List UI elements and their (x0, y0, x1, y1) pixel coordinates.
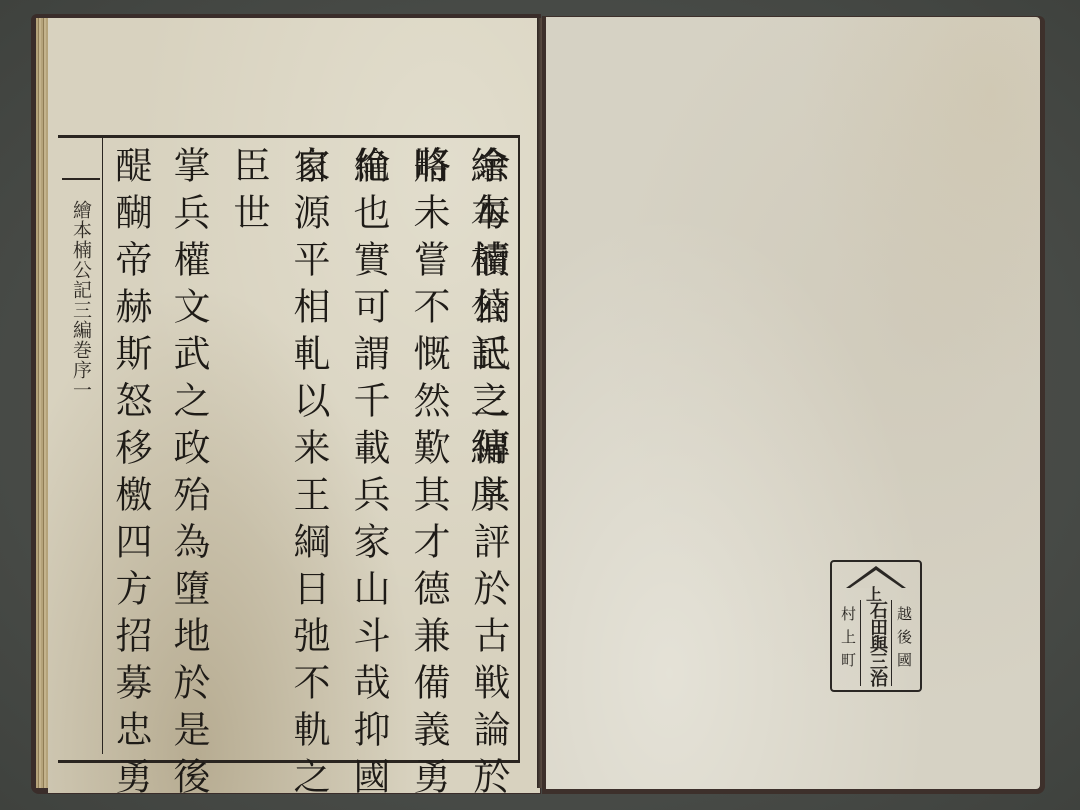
text-column-6: 掌兵權文武之政殆為墮地於是後 (158, 146, 218, 804)
text-column-5: 自源平相軋以来王綱日弛不軌之臣世 (218, 146, 338, 810)
ownership-seal: 上 村上町 石田與三治 越後國 (830, 560, 922, 692)
seal-left-text: 村上町 (838, 606, 859, 675)
seal-right-text: 越後國 (894, 606, 915, 675)
seal-center-name: 石田與三治 (860, 600, 892, 686)
text-column-7: 醍醐帝赫斯怒移檄四方招募忠勇 (100, 146, 160, 804)
fishtail-mark (62, 178, 100, 188)
right-page-blank (546, 17, 1040, 789)
hanshin-title: 繪本楠公記三編巻序一 (66, 200, 96, 400)
